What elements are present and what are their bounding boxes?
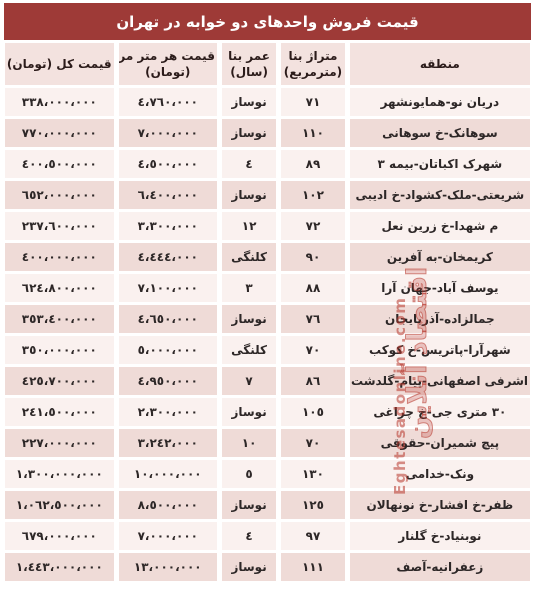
price-per-meter-cell: ١٠،٠٠٠،٠٠٠ [119,460,217,488]
total-price-cell: ٢٢٧،٠٠٠،٠٠٠ [5,429,114,457]
price-per-meter-cell: ٤،٤٤٤،٠٠٠ [119,243,217,271]
price-per-meter-cell: ٥،٠٠٠،٠٠٠ [119,336,217,364]
total-price-cell: ٣٣٨،٠٠٠،٠٠٠ [5,88,114,116]
region-cell: اشرفی اصفهانی-پیام-گلدشت [350,367,530,395]
table-row: ظفر-خ افشار-خ نونهالان ١٢٥ نوساز ٨،٥٠٠،٠… [5,491,530,519]
region-cell: پیچ شمیران-حقوقی [350,429,530,457]
table-row: زعفرانیه-آصف ١١١ نوساز ١٣،٠٠٠،٠٠٠ ١،٤٤٣،… [5,553,530,581]
table-row: دریان نو-همایونشهر ٧١ نوساز ٤،٧٦٠،٠٠٠ ٣٣… [5,88,530,116]
column-header-region: منطقه [350,43,530,85]
table-title: قیمت فروش واحدهای دو خوابه در تهران [116,13,418,31]
age-cell: ١٠ [222,429,276,457]
region-cell: کریمخان-به آفرین [350,243,530,271]
price-per-meter-cell: ٣،٣٠٠،٠٠٠ [119,212,217,240]
table-row: ٣٠ متری جی-خ چراغی ١٠٥ نوساز ٢،٣٠٠،٠٠٠ ٢… [5,398,530,426]
age-cell: کلنگی [222,336,276,364]
age-cell: نوساز [222,305,276,333]
area-cell: ١٣٠ [281,460,345,488]
price-per-meter-cell: ٧،٠٠٠،٠٠٠ [119,522,217,550]
area-cell: ٨٩ [281,150,345,178]
region-cell: زعفرانیه-آصف [350,553,530,581]
column-label: منطقه [352,56,528,72]
table-row: پیچ شمیران-حقوقی ٧٠ ١٠ ٣،٢٤٢،٠٠٠ ٢٢٧،٠٠٠… [5,429,530,457]
area-cell: ٩٠ [281,243,345,271]
total-price-cell: ٦٥٢،٠٠٠،٠٠٠ [5,181,114,209]
column-sublabel: (سال) [224,64,274,80]
total-price-cell: ٣٥٣،٤٠٠،٠٠٠ [5,305,114,333]
area-cell: ٧٠ [281,336,345,364]
region-cell: یوسف آباد-جهان آرا [350,274,530,302]
age-cell: نوساز [222,553,276,581]
price-per-meter-cell: ١٣،٠٠٠،٠٠٠ [119,553,217,581]
region-cell: دریان نو-همایونشهر [350,88,530,116]
table-header-row: منطقه متراژ بنا (مترمربع) عمر بنا (سال) … [5,43,530,85]
table-row: م شهدا-خ زرین نعل ٧٢ ١٢ ٣،٣٠٠،٠٠٠ ٢٣٧،٦٠… [5,212,530,240]
age-cell: نوساز [222,88,276,116]
area-cell: ٩٧ [281,522,345,550]
price-per-meter-cell: ٤،٦٥٠،٠٠٠ [119,305,217,333]
price-table-image: قیمت فروش واحدهای دو خوابه در تهران منطق… [0,3,535,609]
price-per-meter-cell: ٤،٩٥٠،٠٠٠ [119,367,217,395]
total-price-cell: ٤٢٥،٧٠٠،٠٠٠ [5,367,114,395]
region-cell: ظفر-خ افشار-خ نونهالان [350,491,530,519]
region-cell: م شهدا-خ زرین نعل [350,212,530,240]
total-price-cell: ٦٧٩،٠٠٠،٠٠٠ [5,522,114,550]
table-row: شهرک اکباتان-بیمه ٣ ٨٩ ٤ ٤،٥٠٠،٠٠٠ ٤٠٠،٥… [5,150,530,178]
total-price-cell: ١،٤٤٣،٠٠٠،٠٠٠ [5,553,114,581]
age-cell: ٤ [222,150,276,178]
table-body: دریان نو-همایونشهر ٧١ نوساز ٤،٧٦٠،٠٠٠ ٣٣… [5,88,530,581]
total-price-cell: ٦٢٤،٨٠٠،٠٠٠ [5,274,114,302]
age-cell: نوساز [222,491,276,519]
area-cell: ٧١ [281,88,345,116]
age-cell: ١٢ [222,212,276,240]
price-table: منطقه متراژ بنا (مترمربع) عمر بنا (سال) … [0,40,535,584]
total-price-cell: ٤٠٠،٥٠٠،٠٠٠ [5,150,114,178]
region-cell: شهرک اکباتان-بیمه ٣ [350,150,530,178]
age-cell: نوساز [222,119,276,147]
price-per-meter-cell: ٤،٥٠٠،٠٠٠ [119,150,217,178]
total-price-cell: ١،٠٦٢،٥٠٠،٠٠٠ [5,491,114,519]
age-cell: نوساز [222,398,276,426]
region-cell: شهرآرا-پاتریس-خ کوکب [350,336,530,364]
region-cell: نوبنیاد-خ گلنار [350,522,530,550]
area-cell: ٧٦ [281,305,345,333]
table-row: شهرآرا-پاتریس-خ کوکب ٧٠ کلنگی ٥،٠٠٠،٠٠٠ … [5,336,530,364]
column-label: متراژ بنا [283,48,343,64]
table-row: شریعتی-ملک-کشواد-خ ادیبی ١٠٢ نوساز ٦،٤٠٠… [5,181,530,209]
total-price-cell: ٧٧٠،٠٠٠،٠٠٠ [5,119,114,147]
table-row: ونک-خدامی ١٣٠ ٥ ١٠،٠٠٠،٠٠٠ ١،٣٠٠،٠٠٠،٠٠٠ [5,460,530,488]
table-row: نوبنیاد-خ گلنار ٩٧ ٤ ٧،٠٠٠،٠٠٠ ٦٧٩،٠٠٠،٠… [5,522,530,550]
age-cell: کلنگی [222,243,276,271]
total-price-cell: ٢٣٧،٦٠٠،٠٠٠ [5,212,114,240]
area-cell: ١٢٥ [281,491,345,519]
price-per-meter-cell: ٦،٤٠٠،٠٠٠ [119,181,217,209]
area-cell: ١١١ [281,553,345,581]
area-cell: ٧٠ [281,429,345,457]
age-cell: ٤ [222,522,276,550]
table-row: اشرفی اصفهانی-پیام-گلدشت ٨٦ ٧ ٤،٩٥٠،٠٠٠ … [5,367,530,395]
region-cell: شریعتی-ملک-کشواد-خ ادیبی [350,181,530,209]
table-row: کریمخان-به آفرین ٩٠ کلنگی ٤،٤٤٤،٠٠٠ ٤٠٠،… [5,243,530,271]
age-cell: ٣ [222,274,276,302]
price-per-meter-cell: ٧،١٠٠،٠٠٠ [119,274,217,302]
region-cell: سوهانک-خ سوهانی [350,119,530,147]
area-cell: ٨٨ [281,274,345,302]
total-price-cell: ٤٠٠،٠٠٠،٠٠٠ [5,243,114,271]
table-row: جمالزاده-آذربایجان ٧٦ نوساز ٤،٦٥٠،٠٠٠ ٣٥… [5,305,530,333]
price-per-meter-cell: ٨،٥٠٠،٠٠٠ [119,491,217,519]
age-cell: ٧ [222,367,276,395]
area-cell: ١١٠ [281,119,345,147]
column-label: قیمت هر متر مربع [121,48,215,64]
area-cell: ٨٦ [281,367,345,395]
column-label: قیمت کل (تومان) [7,56,112,72]
area-cell: ١٠٥ [281,398,345,426]
column-header-price-per-meter: قیمت هر متر مربع (تومان) [119,43,217,85]
column-header-area: متراژ بنا (مترمربع) [281,43,345,85]
region-cell: ٣٠ متری جی-خ چراغی [350,398,530,426]
column-label: عمر بنا [224,48,274,64]
total-price-cell: ٢٤١،٥٠٠،٠٠٠ [5,398,114,426]
region-cell: ونک-خدامی [350,460,530,488]
column-sublabel: (مترمربع) [283,64,343,80]
column-header-total-price: قیمت کل (تومان) [5,43,114,85]
area-cell: ٧٢ [281,212,345,240]
area-cell: ١٠٢ [281,181,345,209]
price-per-meter-cell: ٤،٧٦٠،٠٠٠ [119,88,217,116]
age-cell: نوساز [222,181,276,209]
column-header-age: عمر بنا (سال) [222,43,276,85]
table-title-bar: قیمت فروش واحدهای دو خوابه در تهران [4,3,531,40]
table-row: سوهانک-خ سوهانی ١١٠ نوساز ٧،٠٠٠،٠٠٠ ٧٧٠،… [5,119,530,147]
table-row: یوسف آباد-جهان آرا ٨٨ ٣ ٧،١٠٠،٠٠٠ ٦٢٤،٨٠… [5,274,530,302]
region-cell: جمالزاده-آذربایجان [350,305,530,333]
total-price-cell: ١،٣٠٠،٠٠٠،٠٠٠ [5,460,114,488]
price-per-meter-cell: ٢،٣٠٠،٠٠٠ [119,398,217,426]
total-price-cell: ٣٥٠،٠٠٠،٠٠٠ [5,336,114,364]
age-cell: ٥ [222,460,276,488]
price-per-meter-cell: ٧،٠٠٠،٠٠٠ [119,119,217,147]
price-per-meter-cell: ٣،٢٤٢،٠٠٠ [119,429,217,457]
column-sublabel: (تومان) [121,64,215,80]
